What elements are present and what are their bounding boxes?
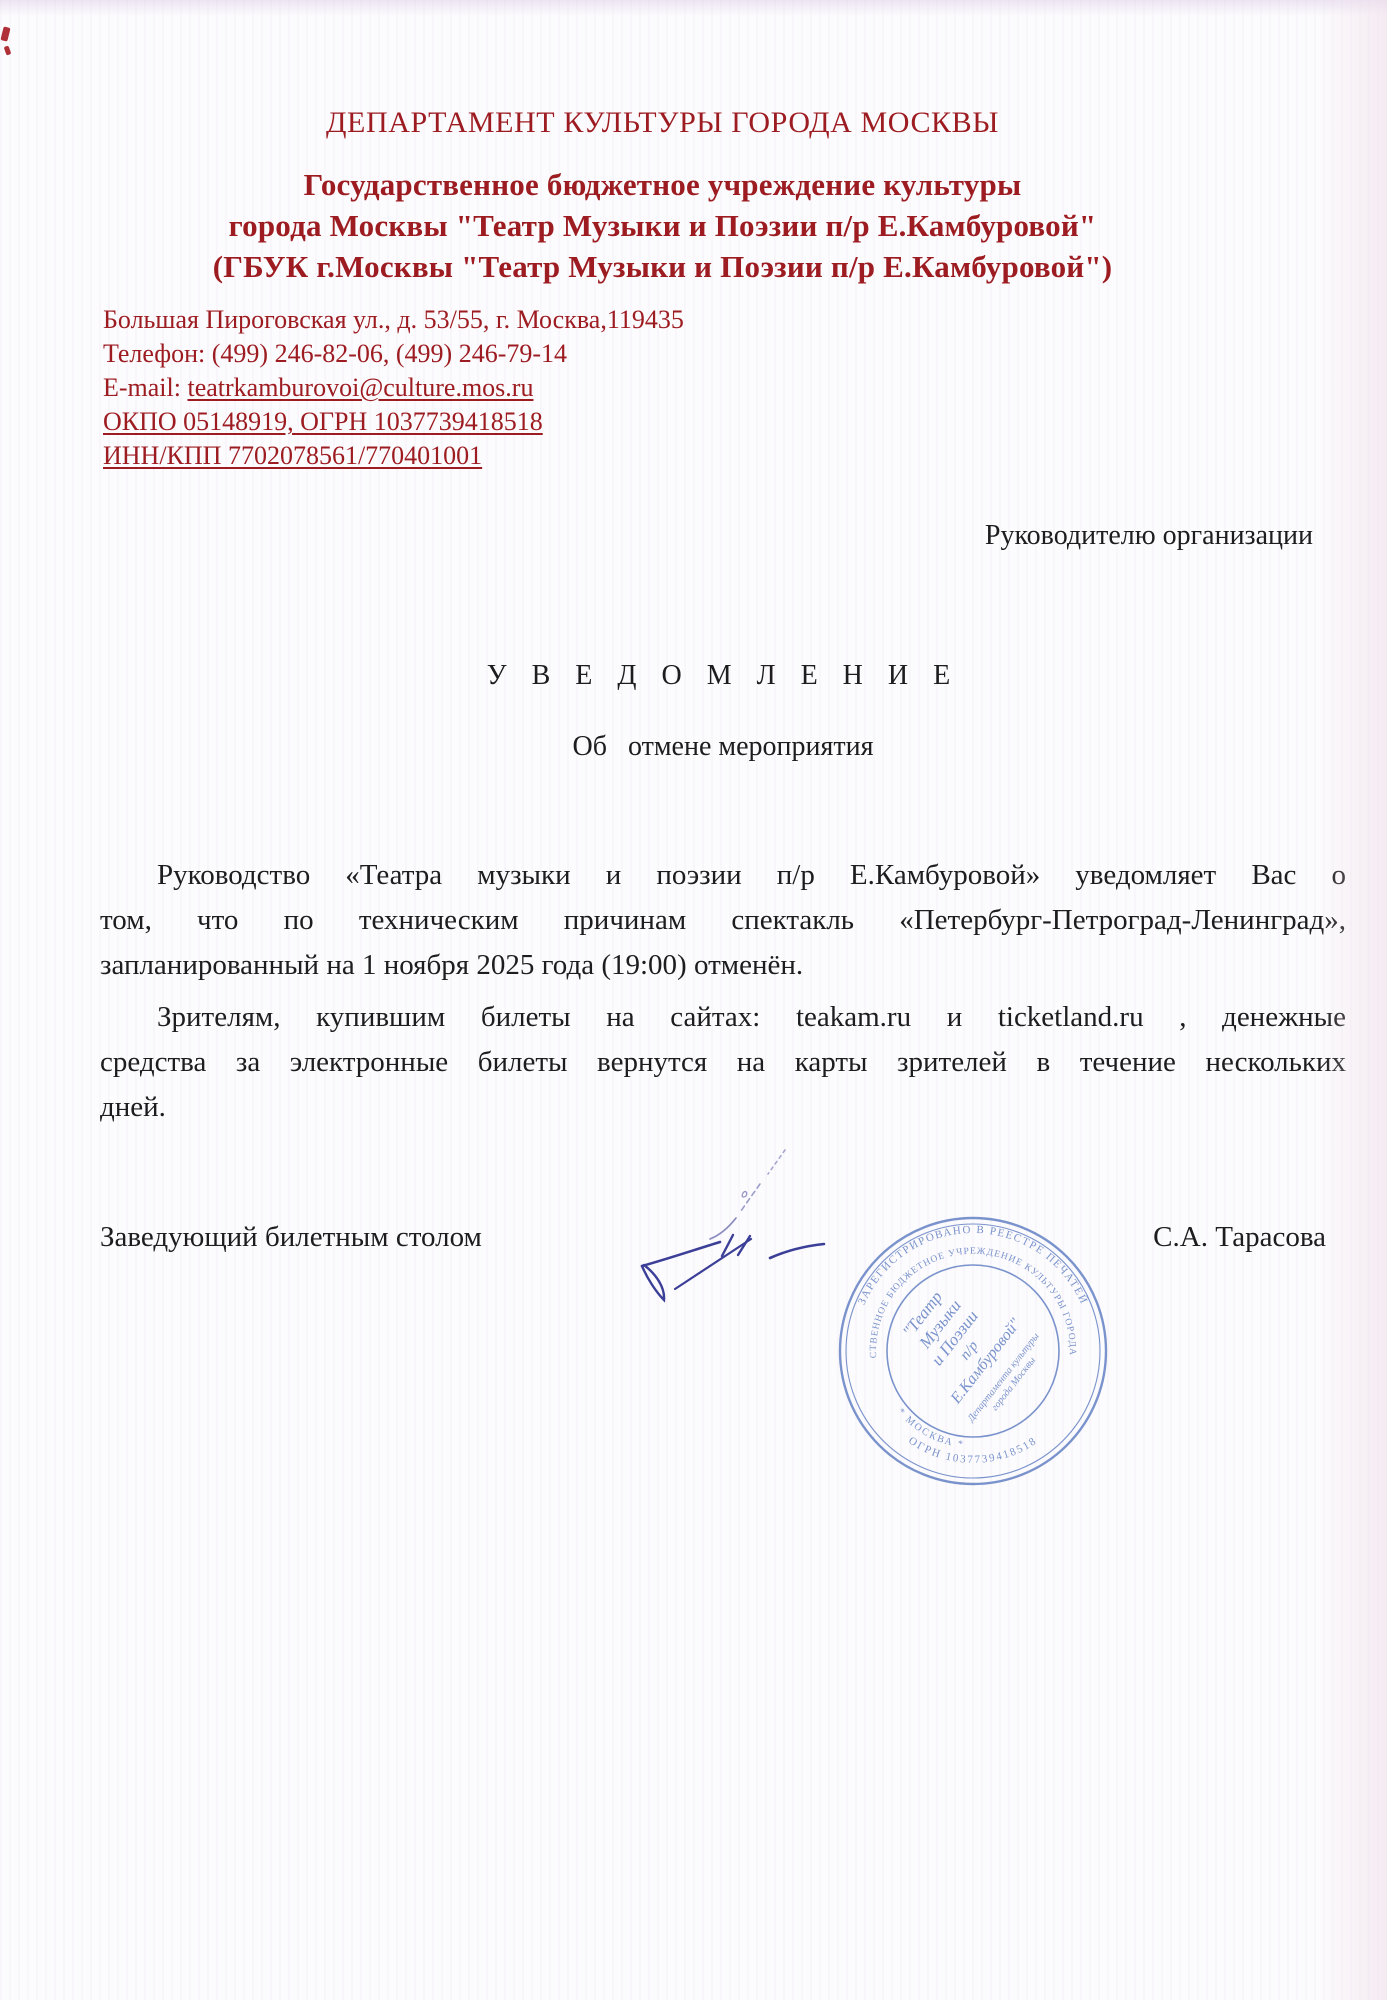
- paragraph-line: том, что по техническим причинам спектак…: [100, 898, 1346, 943]
- paragraph-line: Зрителям, купившим билеты на сайтах: tea…: [100, 995, 1346, 1040]
- stamp-ring-moskva: * МОСКВА *: [895, 1406, 965, 1450]
- notice-subtitle: Об отмене мероприятия: [100, 731, 1346, 763]
- recipient-line: Руководителю организации: [985, 520, 1313, 552]
- letterhead-organization-line: Государственное бюджетное учреждение кул…: [105, 164, 1220, 205]
- email-address: teatrkamburovoi@culture.mos.ru: [187, 373, 533, 402]
- paragraph-line: средства за электронные билеты вернутся …: [100, 1040, 1346, 1085]
- scan-artifact: [0, 26, 10, 41]
- notice-body: Руководство «Театра музыки и поэзии п/р …: [100, 853, 1346, 1130]
- email-label: E-mail:: [103, 373, 187, 402]
- address-line: Большая Пироговская ул., д. 53/55, г. Мо…: [103, 303, 684, 337]
- letterhead-organization: Государственное бюджетное учреждение кул…: [105, 164, 1220, 287]
- okpo-ogrn-line: ОКПО 05148919, ОГРН 1037739418518: [103, 405, 684, 439]
- inn-kpp-line: ИНН/КПП 7702078561/770401001: [103, 439, 684, 473]
- notice-title: У В Е Д О М Л Е Н И Е: [100, 660, 1346, 692]
- svg-text:* МОСКВА *: * МОСКВА *: [895, 1406, 965, 1450]
- scan-artifact: [4, 45, 12, 55]
- signoff-position: Заведующий билетным столом: [100, 1221, 482, 1253]
- letterhead-organization-line: города Москвы "Театр Музыки и Поэзии п/р…: [105, 205, 1220, 246]
- paragraph-line: запланированный на 1 ноября 2025 года (1…: [100, 943, 1346, 988]
- paragraph-cancellation: Руководство «Театра музыки и поэзии п/р …: [100, 853, 1346, 988]
- paragraph-refund: Зрителям, купившим билеты на сайтах: tea…: [100, 995, 1346, 1130]
- paragraph-line: дней.: [100, 1085, 1346, 1130]
- handwritten-signature: [598, 1138, 848, 1313]
- contact-block: Большая Пироговская ул., д. 53/55, г. Мо…: [103, 303, 684, 473]
- email-line: E-mail: teatrkamburovoi@culture.mos.ru: [103, 371, 684, 405]
- paragraph-line: Руководство «Театра музыки и поэзии п/р …: [100, 853, 1346, 898]
- phone-line: Телефон: (499) 246-82-06, (499) 246-79-1…: [103, 337, 684, 371]
- scanned-letter-page: ДЕПАРТАМЕНТ КУЛЬТУРЫ ГОРОДА МОСКВЫ Госуд…: [0, 0, 1387, 2000]
- signoff-name: С.А. Тарасова: [1153, 1221, 1326, 1254]
- letterhead-organization-line: (ГБУК г.Москвы "Театр Музыки и Поэзии п/…: [105, 246, 1220, 287]
- letterhead-department: ДЕПАРТАМЕНТ КУЛЬТУРЫ ГОРОДА МОСКВЫ: [105, 106, 1220, 140]
- round-stamp: ЗАРЕГИСТРИРОВАНО В РЕЕСТРЕ ПЕЧАТЕЙ ОГРН …: [828, 1206, 1118, 1496]
